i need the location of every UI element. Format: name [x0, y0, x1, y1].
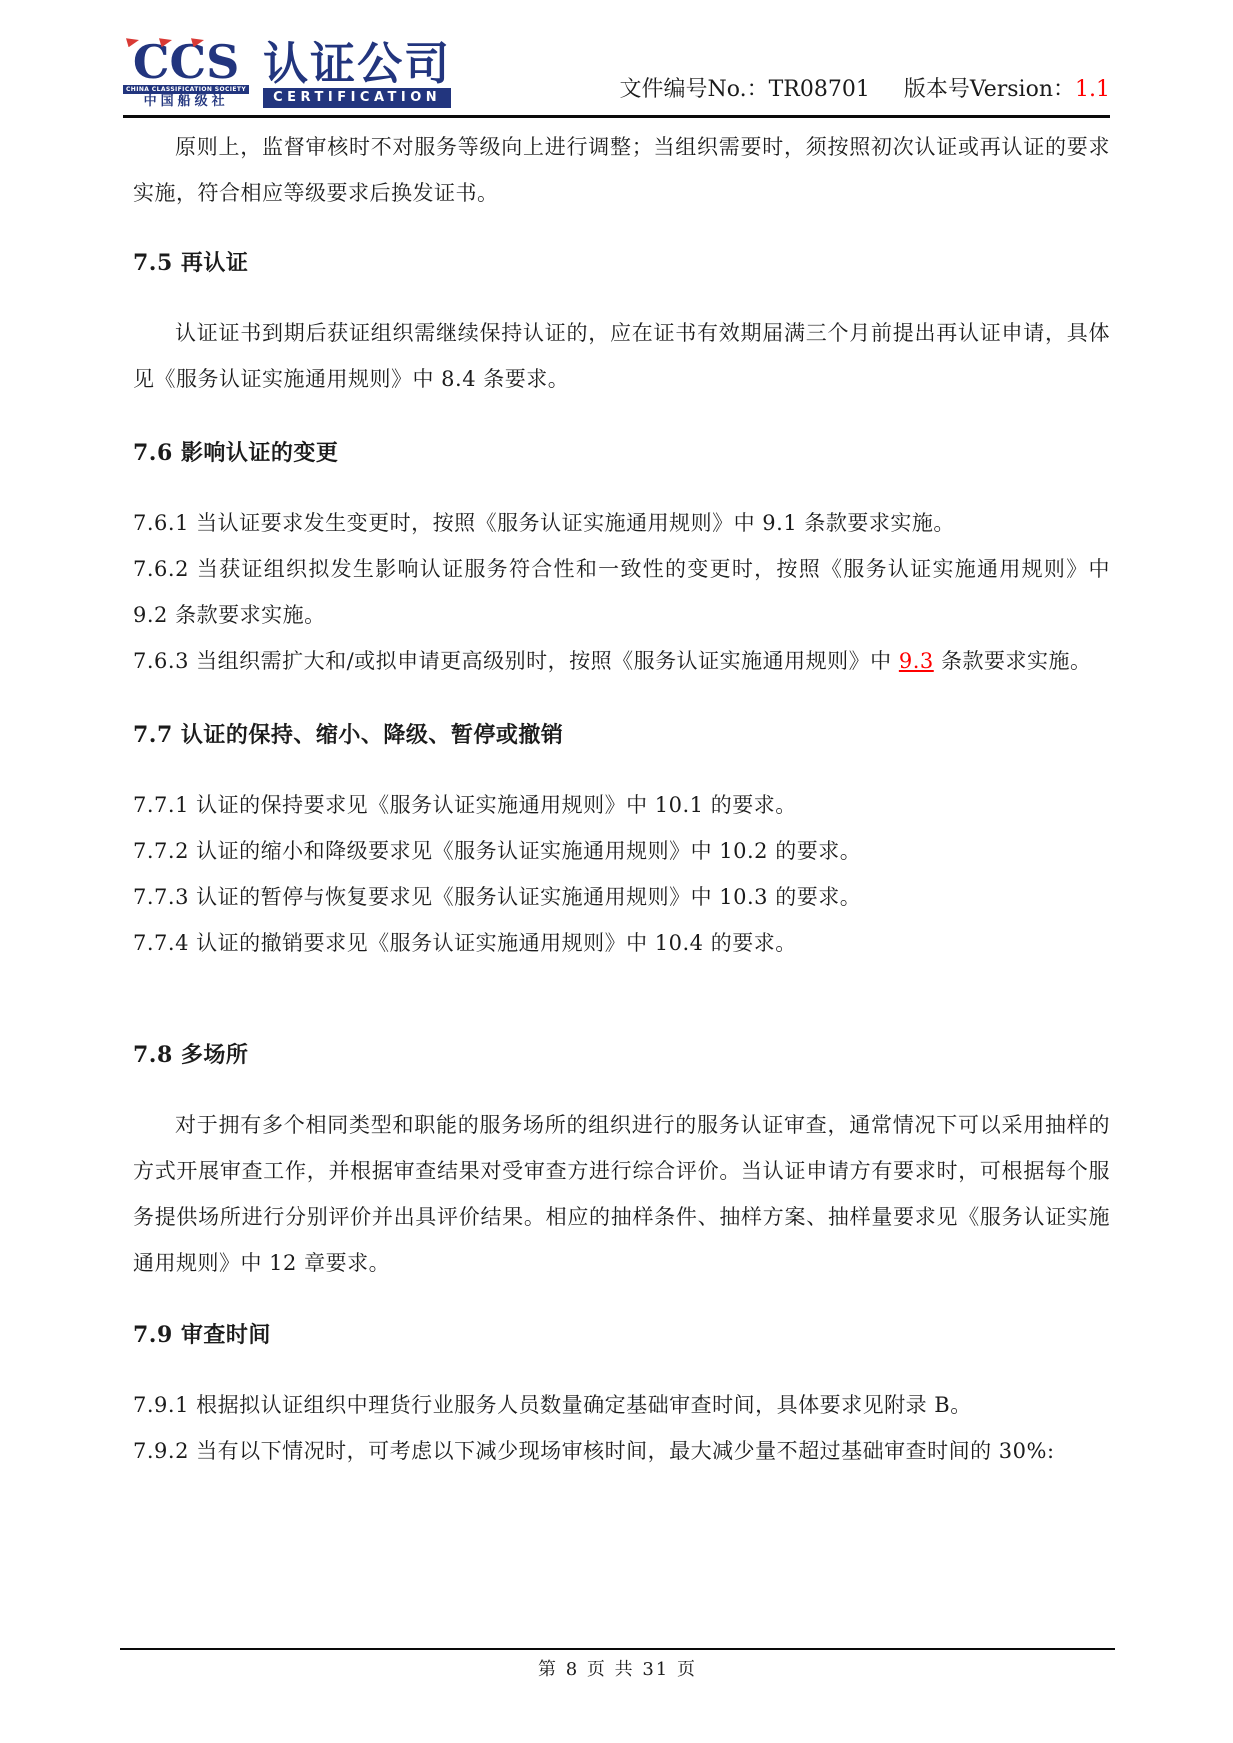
document-page: CCS CHINA CLASSIFICATION SOCIETY 中国船级社 认…	[0, 0, 1233, 1743]
document-body: 原则上，监督审核时不对服务等级向上进行调整；当组织需要时，须按照初次认证或再认证…	[133, 122, 1110, 1474]
doc-number-label: 文件编号No.：	[620, 77, 769, 102]
paragraph-7-6-3: 7.6.3 当组织需扩大和/或拟申请更高级别时，按照《服务认证实施通用规则》中 …	[133, 638, 1110, 684]
paragraph-7-6-2: 7.6.2 当获证组织拟发生影响认证服务符合性和一致性的变更时，按照《服务认证实…	[133, 546, 1110, 638]
paragraph-7-9-2: 7.9.2 当有以下情况时，可考虑以下减少现场审核时间，最大减少量不超过基础审查…	[133, 1428, 1110, 1474]
ccs-logo: CCS CHINA CLASSIFICATION SOCIETY 中国船级社 认…	[123, 41, 451, 109]
ccs-acronym: CCS	[133, 41, 239, 83]
paragraph-7-9-1: 7.9.1 根据拟认证组织中理货行业服务人员数量确定基础审查时间，具体要求见附录…	[133, 1382, 1110, 1428]
company-name-en: CERTIFICATION	[263, 88, 451, 108]
society-name-en: CHINA CLASSIFICATION SOCIETY	[123, 85, 249, 94]
doc-version: 版本号Version：1.1	[904, 72, 1110, 103]
paragraph-7-6-1: 7.6.1 当认证要求发生变更时，按照《服务认证实施通用规则》中 9.1 条款要…	[133, 500, 1110, 546]
page-number: 第 8 页 共 31 页	[538, 1659, 697, 1680]
page-header: CCS CHINA CLASSIFICATION SOCIETY 中国船级社 认…	[123, 0, 1110, 118]
paragraph-7-6-3-tail: 条款要求实施。	[934, 649, 1092, 673]
section-heading-7-8: 7.8 多场所	[133, 1032, 1110, 1078]
section-heading-7-5: 7.5 再认证	[133, 240, 1110, 286]
doc-number: 文件编号No.：TR08701	[620, 72, 870, 103]
doc-version-label: 版本号Version：	[904, 77, 1075, 102]
clause-9-3-link[interactable]: 9.3	[899, 649, 934, 673]
section-heading-7-6: 7.6 影响认证的变更	[133, 430, 1110, 476]
ccs-logo-mark: CCS CHINA CLASSIFICATION SOCIETY 中国船级社	[123, 41, 249, 109]
paragraph-7-7-4: 7.7.4 认证的撤销要求见《服务认证实施通用规则》中 10.4 的要求。	[133, 920, 1110, 966]
page-footer: 第 8 页 共 31 页	[120, 1648, 1115, 1681]
paragraph-7-7-2: 7.7.2 认证的缩小和降级要求见《服务认证实施通用规则》中 10.2 的要求。	[133, 828, 1110, 874]
paragraph-7-7-3: 7.7.3 认证的暂停与恢复要求见《服务认证实施通用规则》中 10.3 的要求。	[133, 874, 1110, 920]
doc-version-value: 1.1	[1075, 77, 1110, 102]
section-heading-7-9: 7.9 审查时间	[133, 1312, 1110, 1358]
document-meta: 文件编号No.：TR08701 版本号Version：1.1	[620, 72, 1111, 103]
company-name-cn: 认证公司	[263, 41, 451, 86]
paragraph-7-7-1: 7.7.1 认证的保持要求见《服务认证实施通用规则》中 10.1 的要求。	[133, 782, 1110, 828]
doc-number-value: TR08701	[769, 77, 870, 102]
paragraph-7-5: 认证证书到期后获证组织需继续保持认证的，应在证书有效期届满三个月前提出再认证申请…	[133, 310, 1110, 402]
ccs-logo-wordmark: 认证公司 CERTIFICATION	[263, 41, 451, 108]
society-name-cn: 中国船级社	[144, 95, 229, 109]
paragraph-7-8: 对于拥有多个相同类型和职能的服务场所的组织进行的服务认证审查，通常情况下可以采用…	[133, 1102, 1110, 1286]
section-heading-7-7: 7.7 认证的保持、缩小、降级、暂停或撤销	[133, 712, 1110, 758]
paragraph-7-6-3-text: 7.6.3 当组织需扩大和/或拟申请更高级别时，按照《服务认证实施通用规则》中	[133, 649, 899, 673]
intro-paragraph: 原则上，监督审核时不对服务等级向上进行调整；当组织需要时，须按照初次认证或再认证…	[133, 124, 1110, 216]
